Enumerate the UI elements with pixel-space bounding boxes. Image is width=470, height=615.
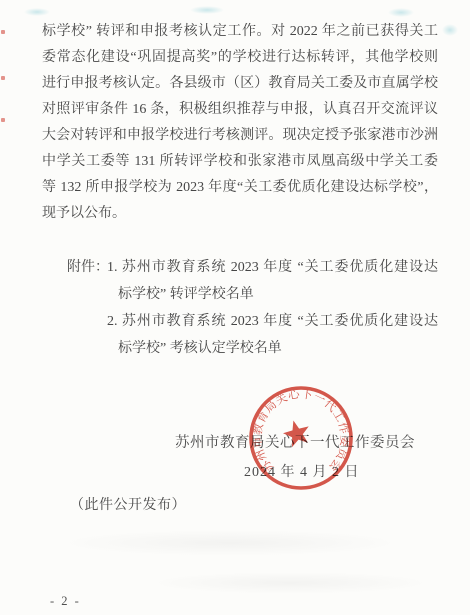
body-line: 对照评审条件 16 条，积极组织推荐与申报，认真召开交流评议: [42, 100, 438, 126]
star-icon: [283, 421, 309, 448]
attachment-item-1-line-1: 1. 苏州市教育系统 2023 年度 “关工委优质化建设达: [107, 256, 438, 276]
attachment-item-text: 苏州市教育系统 2023 年度 “关工委优质化建设达: [122, 260, 438, 275]
attachment-item-text: 苏州市教育系统 2023 年度 “关工委优质化建设达: [122, 314, 438, 329]
scan-smudge: [442, 24, 458, 36]
scan-speck: [1, 118, 5, 122]
body-line: 标学校” 转评和申报考核认定工作。对 2022 年之前已获得关工: [42, 22, 438, 48]
body-line: 中学关工委等 131 所转评学校和张家港市凤凰高级中学关工委: [42, 152, 438, 178]
scan-smudge: [24, 8, 50, 16]
scan-speck: [1, 30, 5, 34]
scan-smudge: [190, 6, 224, 14]
scan-smudge: [388, 8, 414, 17]
publication-note: （此件公开发布）: [70, 494, 186, 514]
attachment-label: 附件：: [67, 256, 109, 276]
body-line: 等 132 所申报学校为 2023 年度“关工委优质化建设达标学校”，: [42, 178, 438, 204]
attachment-item-2-line-1: 2. 苏州市教育系统 2023 年度 “关工委优质化建设达: [107, 310, 438, 330]
document-page: 标学校” 转评和申报考核认定工作。对 2022 年之前已获得关工 委常态化建设“…: [0, 0, 470, 615]
scan-smudge: [60, 530, 400, 556]
page-number: - 2 -: [50, 594, 81, 609]
attachment-item-1-line-2: 标学校” 转评学校名单: [118, 283, 254, 303]
attachment-item-number: 1.: [107, 260, 118, 275]
attachment-item-number: 2.: [107, 314, 118, 329]
official-seal: 苏州市教育局关心下一代工作委员会: [247, 384, 355, 492]
scan-speck: [1, 76, 5, 80]
body-line: 进行申报考核认定。各县级市（区）教育局关工委及市直属学校: [42, 74, 438, 100]
body-line: 委常态化建设“巩固提高奖”的学校进行达标转评，其他学校则: [42, 48, 438, 74]
attachment-item-2-line-2: 标学校” 考核认定学校名单: [118, 337, 282, 357]
scan-smudge: [150, 572, 430, 594]
body-line: 大会对转评和申报学校进行考核测评。现决定授予张家港市沙洲: [42, 126, 438, 152]
body-line: 现予以公布。: [42, 204, 438, 230]
